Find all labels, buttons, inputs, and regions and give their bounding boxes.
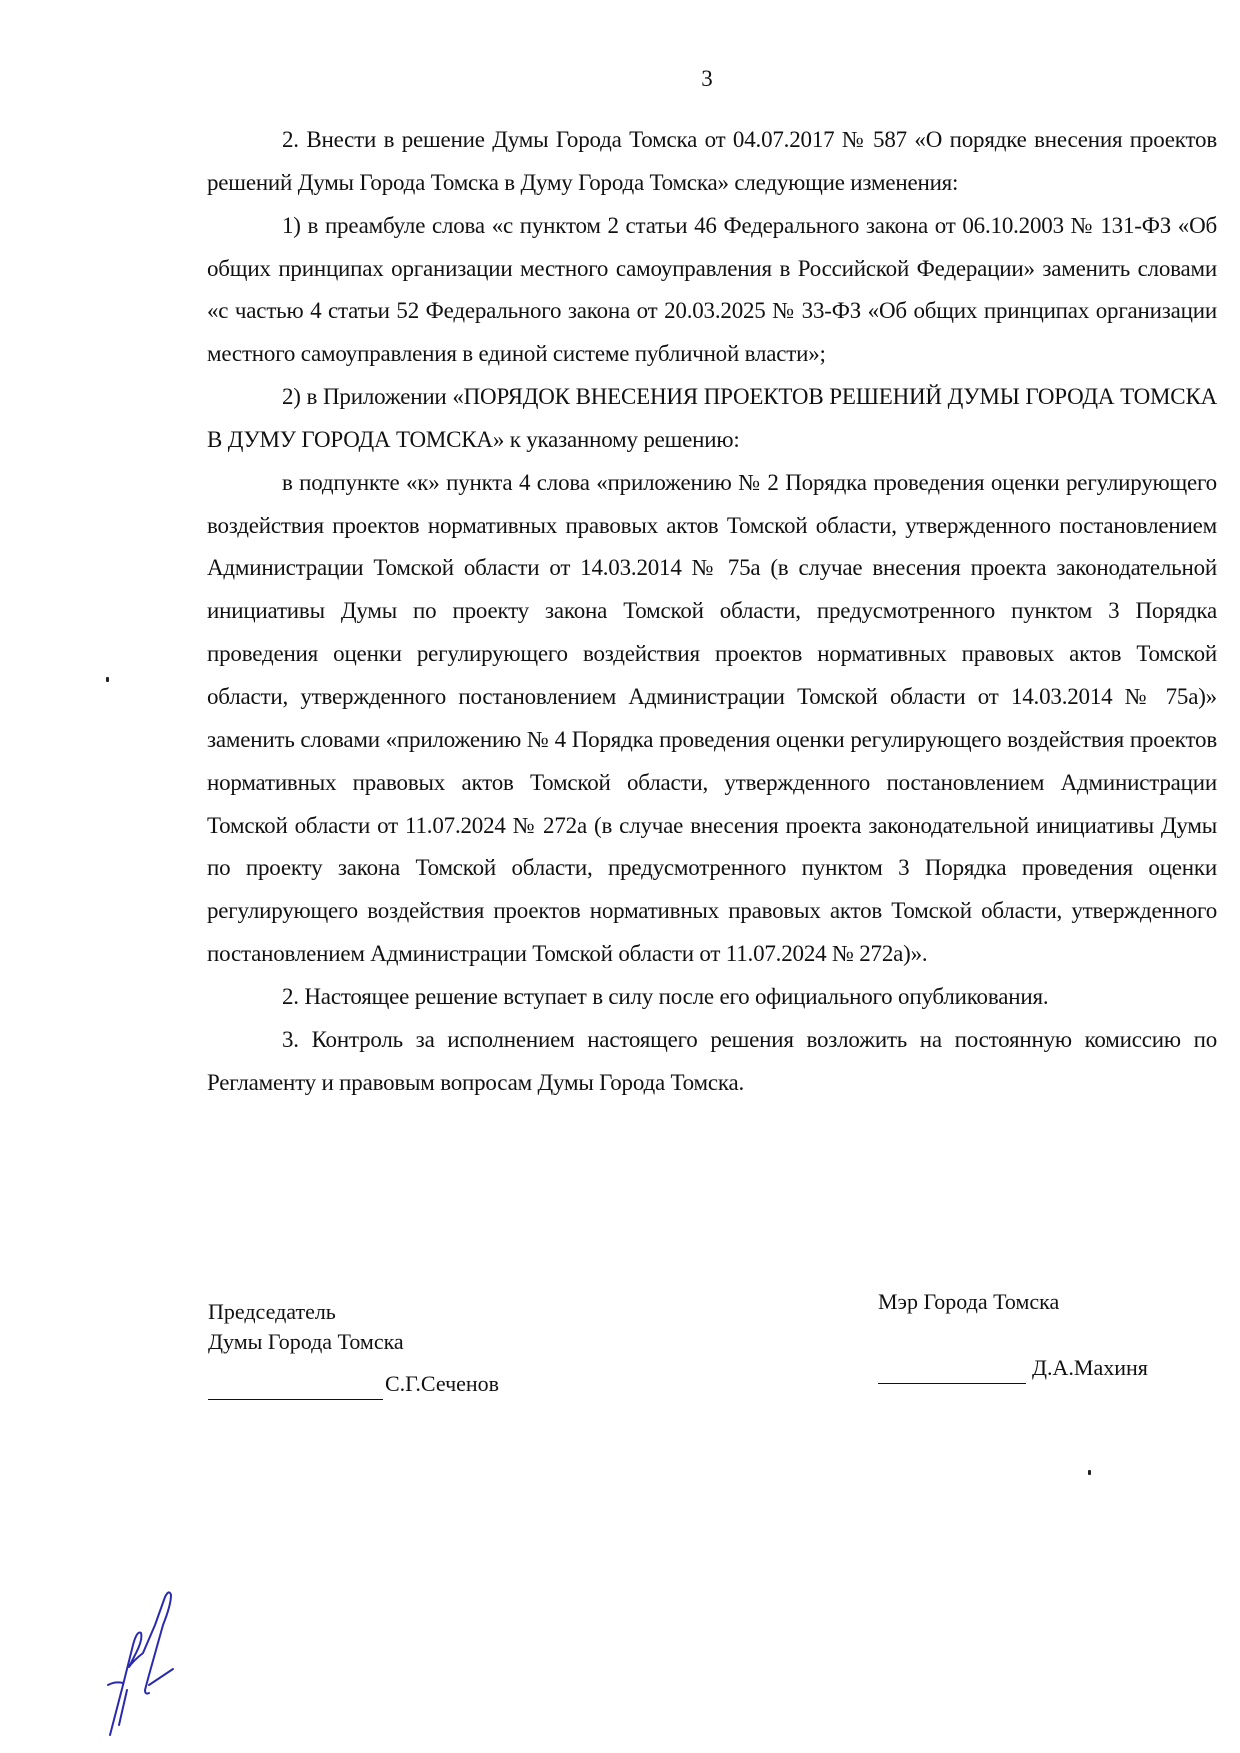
- scan-artifact-dot: [1088, 1470, 1091, 1475]
- mayor-name: Д.А.Махиня: [1032, 1353, 1148, 1383]
- document-body: 2. Внести в решение Думы Города Томска о…: [207, 119, 1217, 1104]
- page-number: 3: [690, 64, 724, 94]
- chairman-signature-row: С.Г.Сеченов: [208, 1363, 538, 1403]
- paragraph-appendix-change: 2) в Приложении «ПОРЯДОК ВНЕСЕНИЯ ПРОЕКТ…: [207, 376, 1217, 462]
- paragraph-amend-decision-587: 2. Внести в решение Думы Города Томска о…: [207, 119, 1217, 205]
- paragraph-effective-date: 2. Настоящее решение вступает в силу пос…: [207, 976, 1217, 1019]
- mayor-signature-row: Д.А.Махиня: [878, 1351, 1178, 1391]
- scan-artifact-dot: [106, 677, 109, 682]
- mayor-title: Мэр Города Томска: [878, 1287, 1178, 1317]
- chairman-title-line1: Председатель: [208, 1297, 538, 1327]
- chairman-name: С.Г.Сеченов: [385, 1369, 499, 1399]
- paragraph-subpoint-k-change: в подпункте «к» пункта 4 слова «приложен…: [207, 462, 1217, 976]
- signature-block-chairman: Председатель Думы Города Томска С.Г.Сече…: [208, 1297, 538, 1403]
- chairman-signature-line: [208, 1399, 383, 1400]
- paragraph-control-commission: 3. Контроль за исполнением настоящего ре…: [207, 1019, 1217, 1105]
- mayor-signature-line: [878, 1383, 1026, 1384]
- signature-block-mayor: Мэр Города Томска Д.А.Махиня: [878, 1287, 1178, 1391]
- handwritten-signature-icon: [105, 1585, 185, 1740]
- chairman-title-line2: Думы Города Томска: [208, 1327, 538, 1357]
- paragraph-preamble-change: 1) в преамбуле слова «с пунктом 2 статьи…: [207, 205, 1217, 376]
